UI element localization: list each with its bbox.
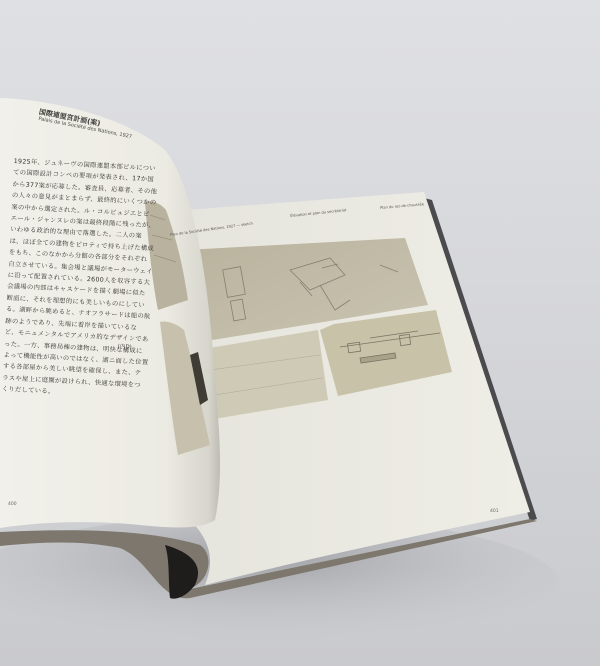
book-photo: 国際連盟宮計画(案) Palais de la Société des Nati… (0, 0, 600, 666)
right-page-number: 401 (490, 509, 499, 514)
left-page-credit: (内D) (118, 342, 132, 351)
left-page-number: 400 (8, 502, 17, 507)
left-page-body-text: 1925年、ジュネーヴの国際連盟本部ビルについての国際設計コンペの要項が発表され… (1, 156, 158, 403)
